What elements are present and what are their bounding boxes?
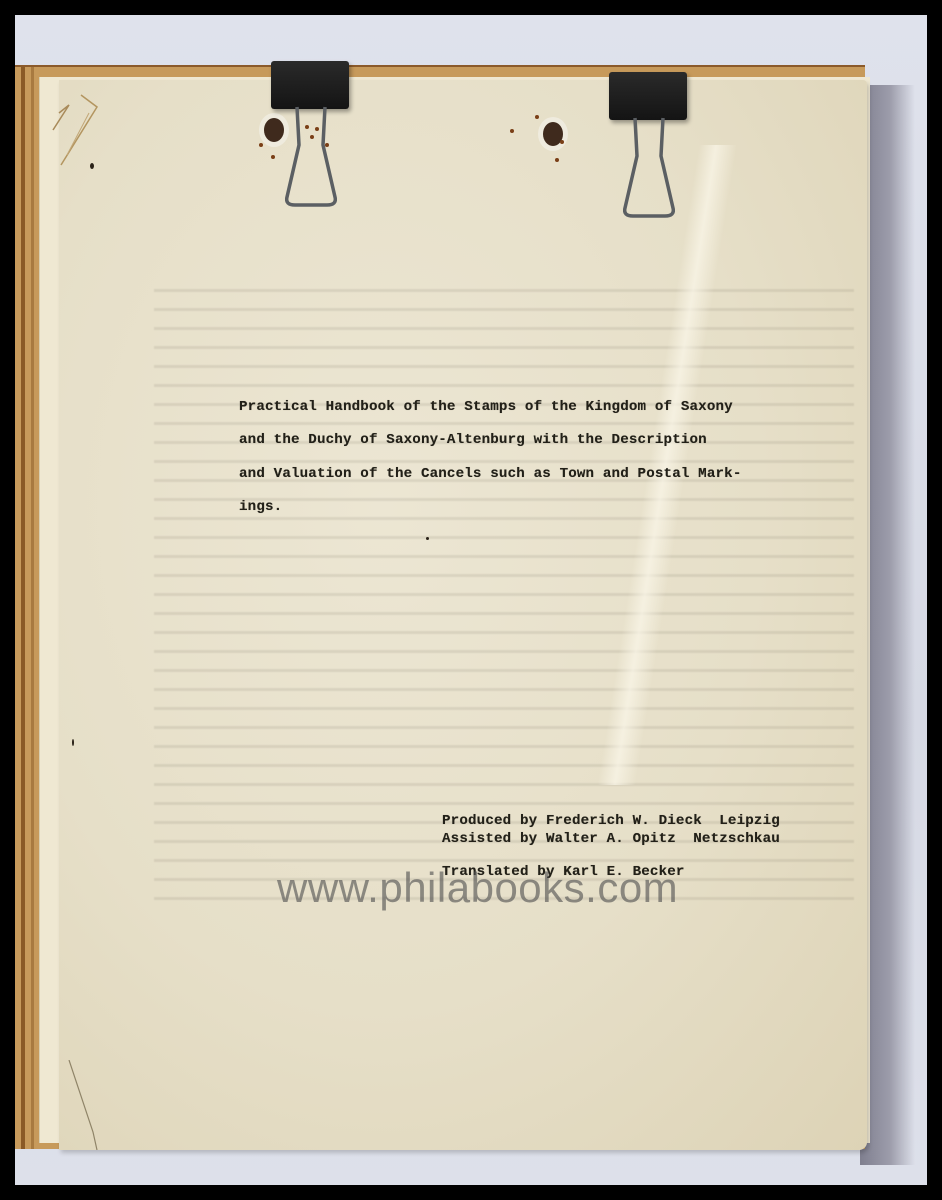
clip-wire-icon <box>285 105 337 211</box>
clip-wire-icon <box>623 116 675 222</box>
bottom-crease-icon <box>65 1060 105 1150</box>
bleed-through-text <box>154 280 854 900</box>
produced-by: Produced by Frederich W. Dieck Leipzig <box>442 813 780 829</box>
corner-crease-icon <box>51 85 111 175</box>
assisted-by: Assisted by Walter A. Opitz Netzschkau <box>442 831 780 847</box>
title-line: ings. <box>239 499 282 515</box>
photo-frame: Practical Handbook of the Stamps of the … <box>15 15 927 1185</box>
title-line: Practical Handbook of the Stamps of the … <box>239 399 733 415</box>
document-credits: Produced by Frederich W. Dieck Leipzig A… <box>15 15 50 95</box>
title-line: and Valuation of the Cancels such as Tow… <box>239 466 742 482</box>
watermark: www.philabooks.com <box>277 864 678 912</box>
title-page <box>59 80 867 1150</box>
punch-hole-left <box>264 118 284 142</box>
title-line: and the Duchy of Saxony-Altenburg with t… <box>239 432 707 448</box>
